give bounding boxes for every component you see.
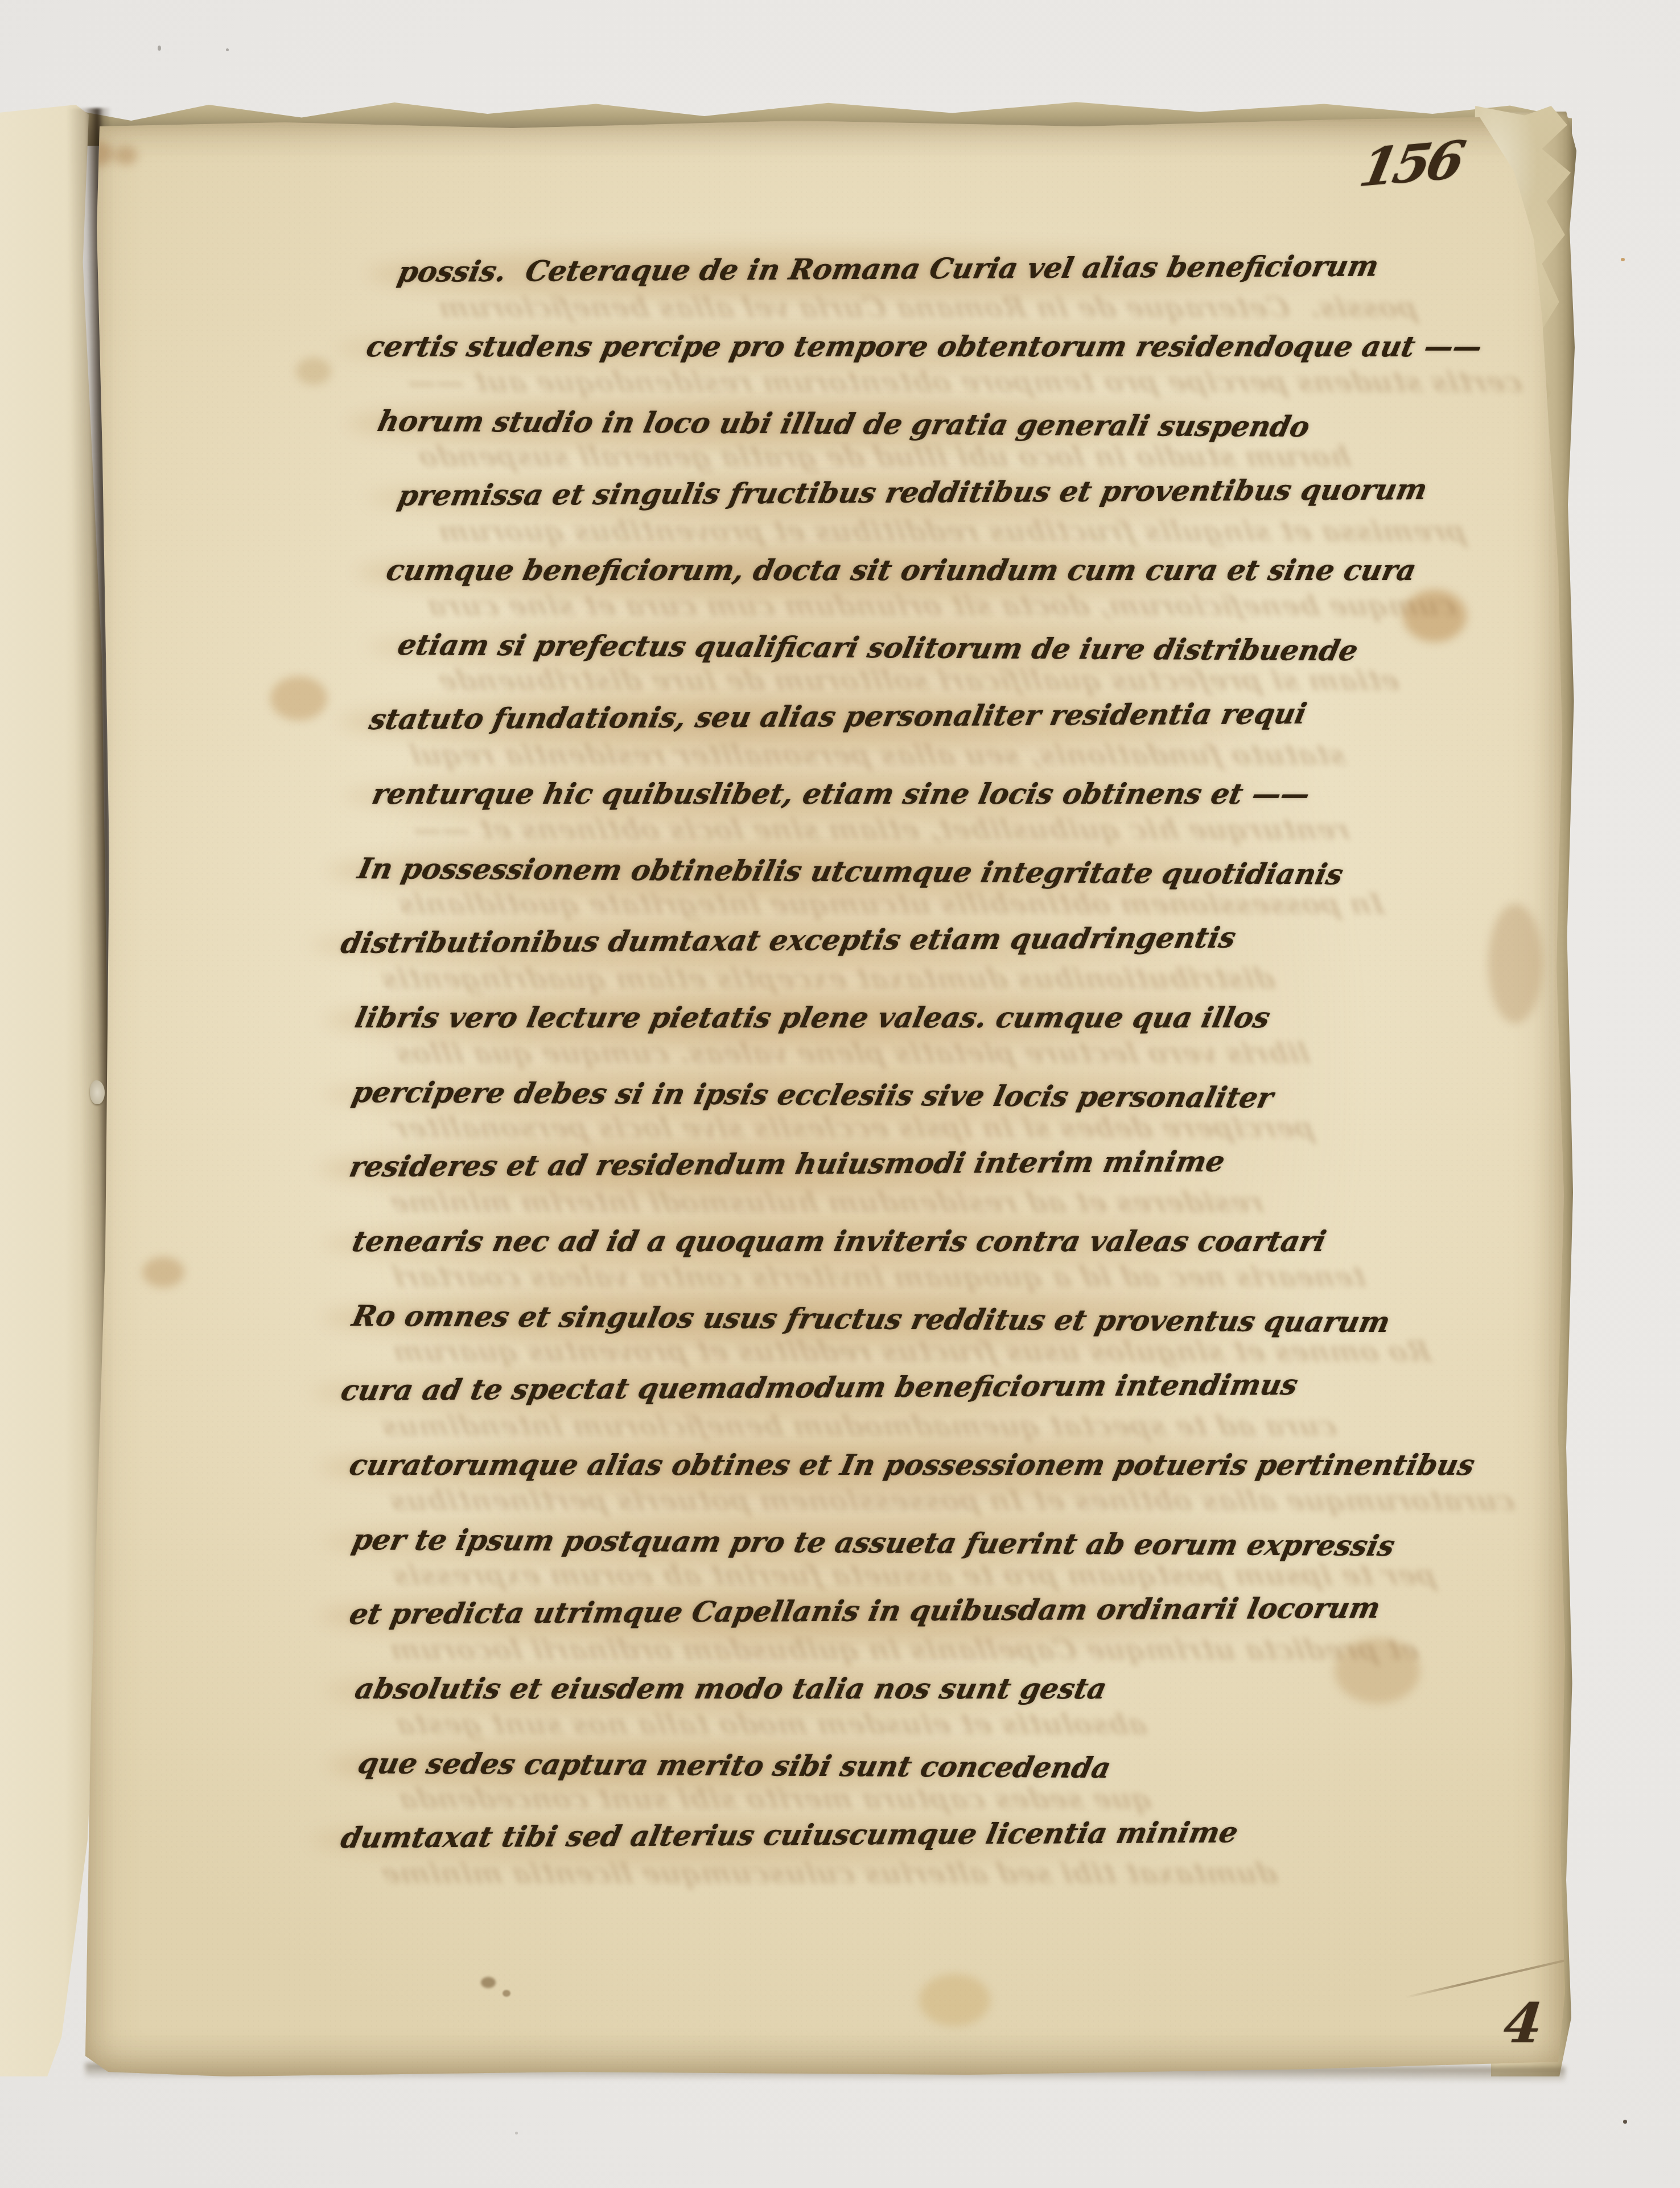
dust-speck	[1621, 258, 1625, 261]
dust-speck	[1623, 2120, 1627, 2124]
manuscript-leaf: possis. Ceteraque de in Romana Curia vel…	[77, 113, 1571, 2078]
binding-thread	[90, 1080, 105, 1104]
paper-texture	[77, 113, 1571, 2078]
folio-number: 156	[1354, 129, 1466, 199]
dust-speck	[158, 46, 161, 51]
dust-speck	[226, 48, 229, 51]
dust-speck	[515, 2132, 518, 2134]
scanned-manuscript-page: possis. Ceteraque de in Romana Curia vel…	[0, 0, 1680, 2188]
quire-number: 4	[1501, 1991, 1546, 2055]
